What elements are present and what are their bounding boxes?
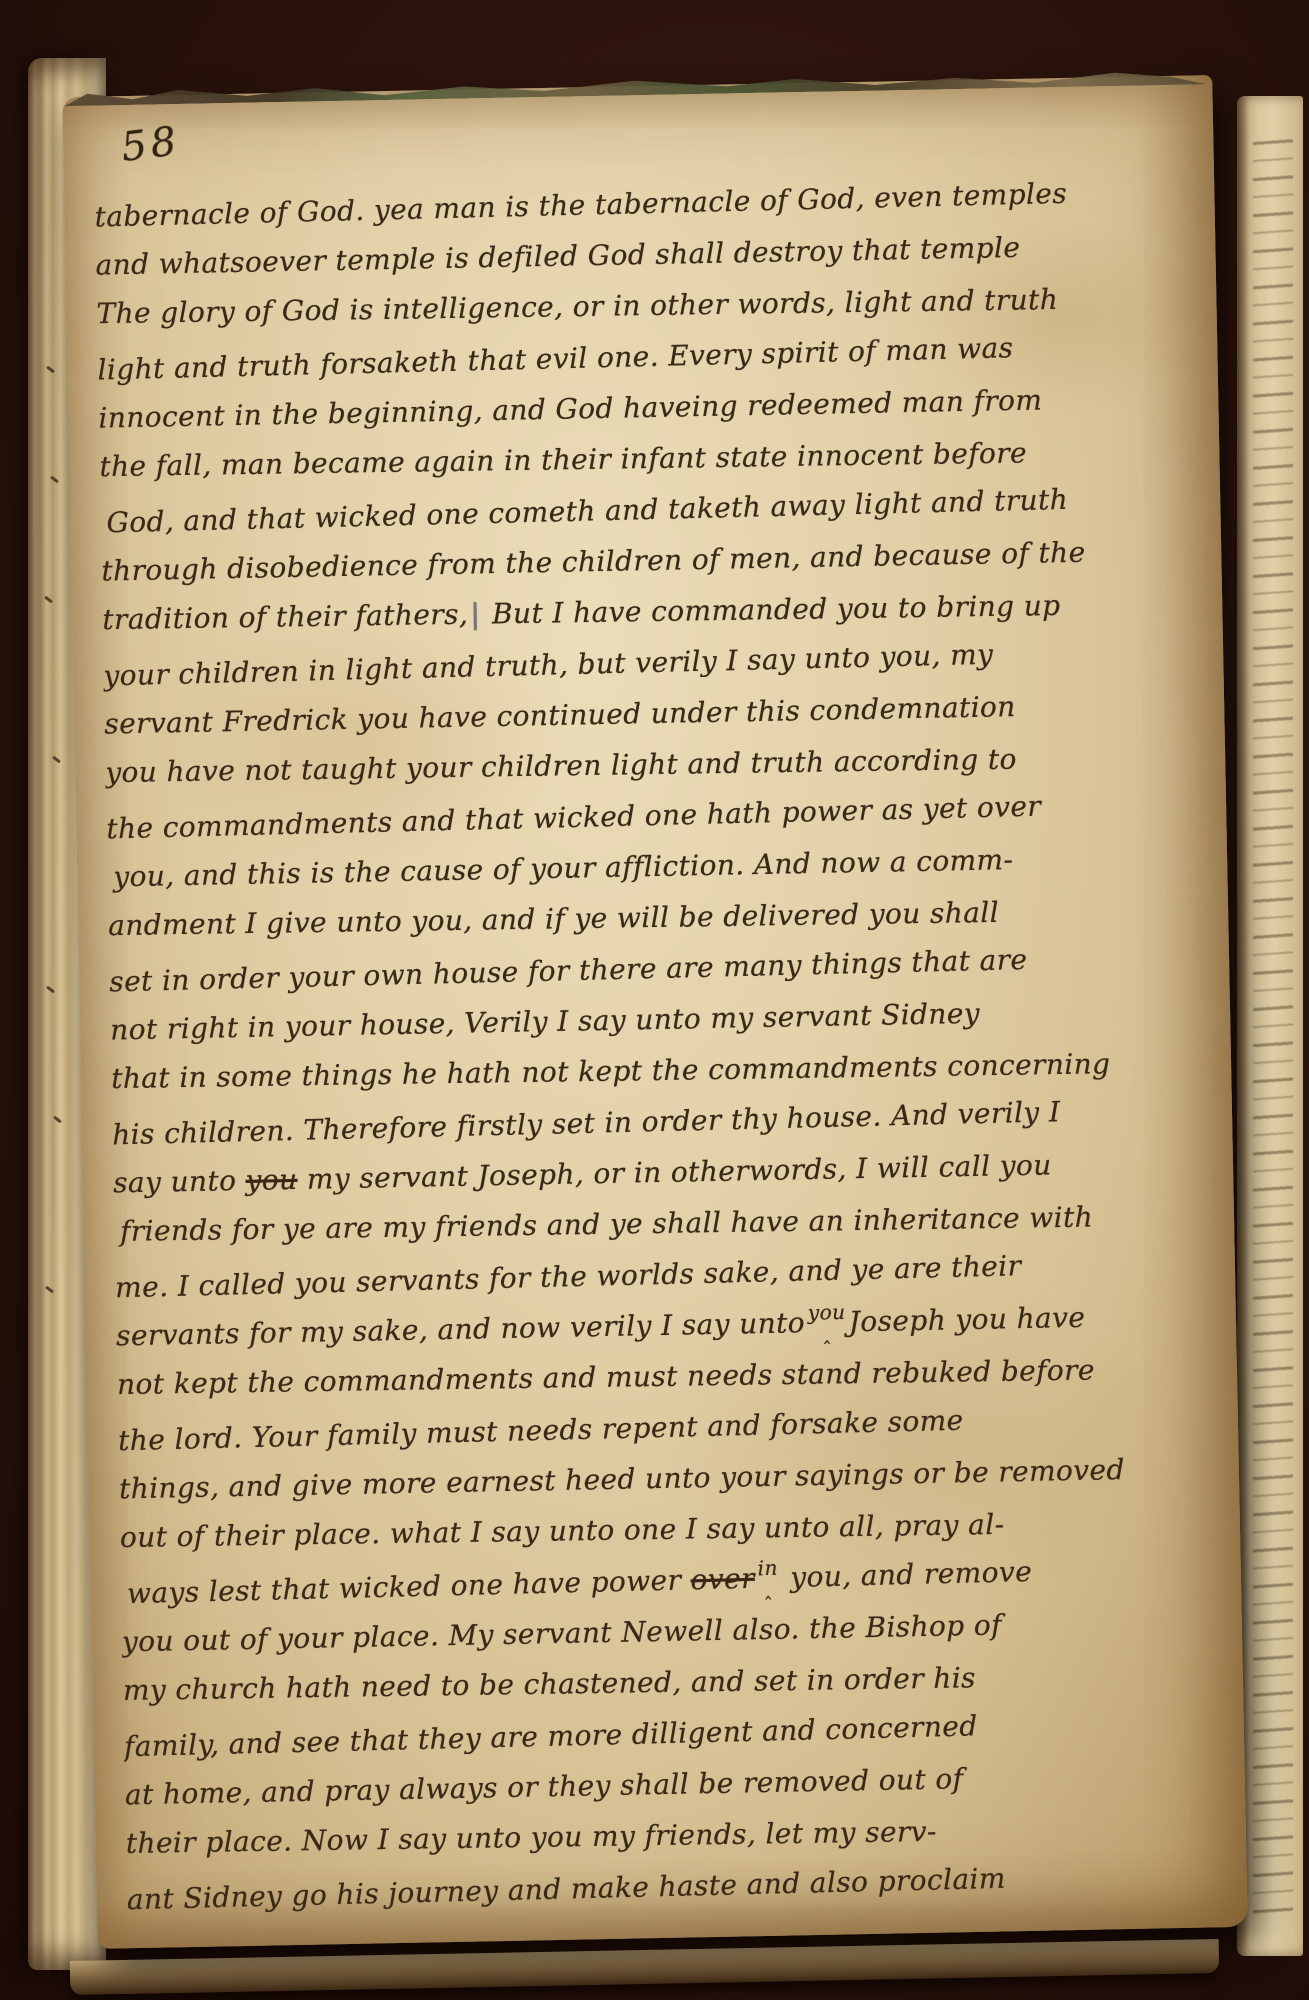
text-segment: their place. Now I say unto you my frien… [126, 1815, 937, 1860]
inserted-word: you [807, 1287, 846, 1339]
text-segment: tradition of their fathers, [102, 598, 468, 636]
text-segment: The glory of God is intelligence, or in … [96, 283, 1058, 330]
edge-ink-mark [46, 986, 55, 994]
text-segment: not kept the commandments and must needs… [117, 1353, 1095, 1401]
facing-page-writing [1253, 126, 1293, 1926]
manuscript-photo: 58 tabernacle of God. yea man is the tab… [0, 0, 1309, 2000]
text-segment: the fall, man became again in their infa… [99, 436, 1027, 483]
text-segment: you have not taught your children light … [105, 743, 1017, 790]
edge-ink-mark [52, 756, 61, 764]
text-segment: my church hath need to be chastened, and… [123, 1661, 976, 1707]
text-segment: servants for my sake, and now verily I s… [116, 1306, 806, 1352]
text-segment: out of their place. what I say unto one … [120, 1508, 1005, 1554]
text-segment: you, and remove [781, 1555, 1033, 1594]
text-segment: not right in your house, Verily I say un… [110, 997, 980, 1047]
text-segment: friends for ye are my friends and ye sha… [120, 1200, 1093, 1247]
edge-ink-mark [46, 366, 55, 374]
text-segment: ant Sidney go his journey and make haste… [127, 1862, 1007, 1916]
text-segment: Joseph you have [848, 1301, 1085, 1339]
text-segment: But I have commanded you to bring up [482, 589, 1060, 631]
struck-word: you [245, 1163, 298, 1197]
text-segment: say unto [113, 1164, 246, 1200]
book-bottom-edge [70, 1939, 1219, 1995]
text-segment: my servant Joseph, or in otherwords, I w… [297, 1148, 1052, 1195]
struck-word: over [690, 1562, 755, 1597]
manuscript-lines: tabernacle of God. yea man is the tabern… [94, 167, 1233, 1928]
journal-page: 58 tabernacle of God. yea man is the tab… [62, 75, 1247, 1949]
text-segment: at home, and pray always or they shall b… [125, 1762, 964, 1811]
edge-ink-mark [45, 1286, 54, 1294]
edge-ink-mark [44, 596, 53, 604]
inserted-word: in [757, 1543, 778, 1594]
edge-ink-mark [53, 1116, 62, 1124]
facing-page-sliver [1237, 96, 1303, 1956]
page-number: 58 [119, 118, 183, 171]
text-segment: andment I give unto you, and if ye will … [108, 896, 999, 942]
pencil-mark: | [470, 598, 481, 631]
text-segment: ways lest that wicked one have power [127, 1563, 691, 1610]
edge-ink-mark [50, 476, 59, 484]
